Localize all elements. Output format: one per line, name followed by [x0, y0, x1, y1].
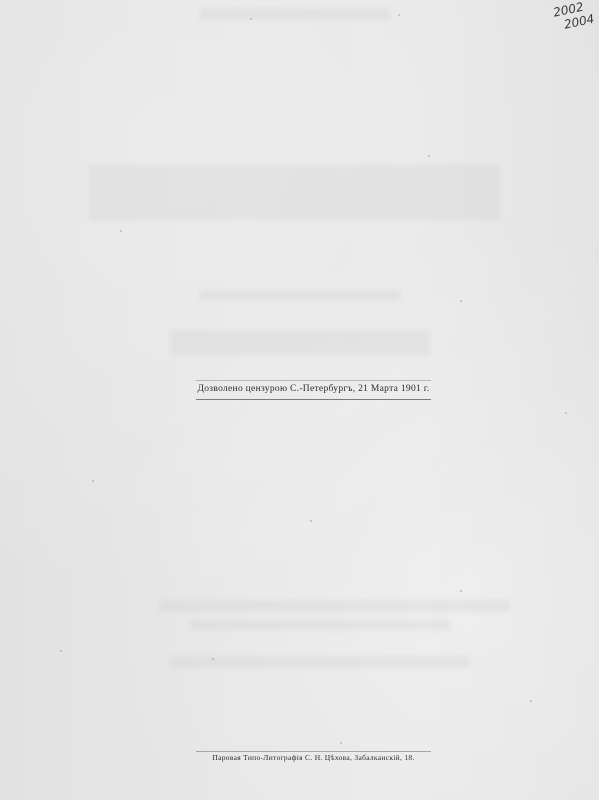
bleed-through-subtitle	[200, 290, 400, 300]
imprint-rule-top	[196, 751, 431, 752]
paper-speck	[460, 300, 462, 302]
paper-speck	[310, 520, 312, 522]
paper-speck	[60, 650, 62, 652]
bleed-through-title	[90, 165, 500, 220]
paper-speck	[120, 230, 122, 232]
bleed-through-lower-3	[170, 656, 470, 668]
bleed-through-top	[200, 8, 390, 20]
paper-speck	[530, 700, 532, 702]
paper-speck	[212, 658, 214, 660]
bleed-through-lower-2	[190, 620, 450, 630]
document-page: 2002 2004 Дозволено цензурою С.-Петербур…	[0, 0, 599, 800]
printer-imprint: Паровая Типо-Литографія С. Н. Цѣхова, За…	[196, 753, 431, 762]
censorship-notice: Дозволено цензурою С.-Петербургъ, 21 Мар…	[196, 384, 431, 394]
censorship-rule-bottom	[196, 399, 431, 400]
paper-speck	[398, 14, 400, 16]
bleed-through-mid	[170, 330, 430, 355]
paper-speck	[565, 412, 567, 414]
paper-speck	[340, 742, 342, 744]
censorship-rule-top	[196, 380, 431, 381]
handwritten-note: 2002 2004	[552, 0, 596, 33]
paper-speck	[92, 480, 94, 482]
bleed-through-lower-1	[160, 600, 510, 612]
paper-speck	[250, 18, 252, 20]
paper-speck	[460, 590, 462, 592]
paper-speck	[428, 155, 430, 157]
